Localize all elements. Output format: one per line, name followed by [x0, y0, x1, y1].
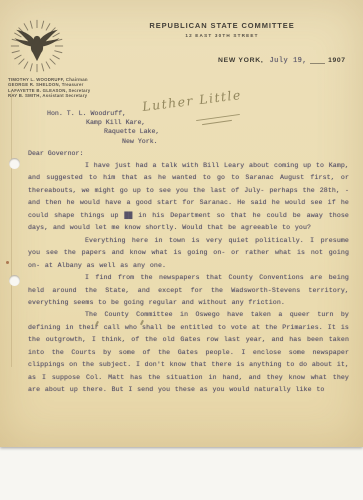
recipient-address-block: Hon. T. L. Woodruff,Kamp Kill Kare,Raque…	[47, 109, 159, 146]
letter-paper: REPUBLICAN STATE COMMITTEE 12 EAST 30TH …	[0, 0, 363, 447]
organization-address: 12 EAST 30TH STREET	[132, 33, 312, 38]
letter-paragraph: The County Committee in Oswego have take…	[28, 309, 349, 396]
dateline-typed-date: July 19,	[269, 57, 307, 65]
address-line: New York.	[122, 137, 159, 146]
scanned-letter-screen: REPUBLICAN STATE COMMITTEE 12 EAST 30TH …	[0, 0, 363, 500]
address-line: Raquette Lake,	[104, 127, 159, 136]
letter-body: I have just had a talk with Bill Leary a…	[28, 160, 349, 397]
officer-line: RAY B. SMITH, Assistant Secretary	[8, 93, 90, 98]
eagle-sunburst-emblem-icon	[8, 16, 66, 76]
punch-hole-top	[9, 158, 20, 169]
salutation: Dear Governor:	[28, 150, 83, 157]
address-line: Kamp Kill Kare,	[86, 118, 159, 127]
address-line: Hon. T. L. Woodruff,	[47, 109, 159, 118]
officers-list: TIMOTHY L. WOODRUFF, ChairmanGEORGE R. S…	[8, 77, 90, 98]
letter-paragraph: I find from the newspapers that County C…	[28, 272, 349, 309]
dateline-rule	[310, 63, 325, 64]
paper-fold-line	[11, 92, 12, 367]
dateline-year: 1907	[328, 57, 346, 64]
dateline-city: NEW YORK,	[218, 57, 263, 64]
pencil-underline	[202, 120, 232, 125]
punch-hole-bottom	[9, 275, 20, 286]
organization-name: REPUBLICAN STATE COMMITTEE	[132, 21, 312, 30]
letter-paragraph: Everything here in town is very quiet po…	[28, 235, 349, 272]
pencil-underline	[196, 114, 240, 121]
dateline: NEW YORK, July 19, 1907	[218, 57, 346, 65]
letter-paragraph: I have just had a talk with Bill Leary a…	[28, 160, 349, 235]
paper-speck	[6, 261, 9, 264]
officer-line: GEORGE R. SHELDON, Treasurer	[8, 82, 90, 87]
